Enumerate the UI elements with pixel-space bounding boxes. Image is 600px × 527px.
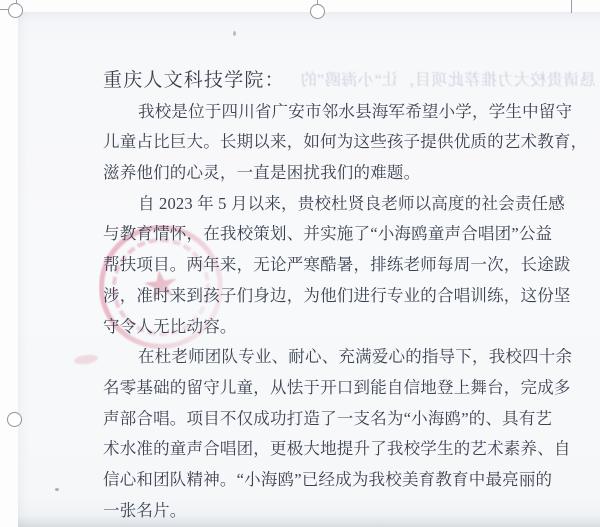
letter-line: 儿童占比巨大。长期以来，如何为这些孩子提供优质的艺术教育， xyxy=(103,127,533,158)
selection-stem-left xyxy=(0,9,8,10)
letter-line: 重庆人文科技学院： xyxy=(103,66,533,97)
letter-line: 声部合唱。项目不仅成功打造了一支名为“小海鸥”的、具有艺 xyxy=(103,404,533,435)
letter-line: 一张名片。 xyxy=(103,496,533,527)
letter-line: 我校是位于四川省广安市邻水县海军希望小学，学生中留守 xyxy=(103,97,533,128)
letter-line: 帮扶项目。两年来，无论严寒酷暑，排练老师每周一次，长途跋 xyxy=(103,250,533,281)
scan-speck xyxy=(233,31,236,36)
scan-speck xyxy=(55,488,59,491)
letter-line: 信心和团队精神。“小海鸥”已经成为我校美育教育中最亮丽的 xyxy=(103,465,533,496)
letter-line: 滋养他们的心灵，一直是困扰我们的难题。 xyxy=(103,158,533,189)
selection-stem-top-right xyxy=(571,0,572,13)
letter-line: 自 2023 年 5 月以来，贵校杜贤良老师以高度的社会责任感 xyxy=(103,189,533,220)
letter-line: 术水准的童声合唱团，更极大地提升了我校学生的艺术素养、自 xyxy=(103,434,533,465)
letter-line: 名零基础的留守儿童，从怯于开口到能自信地登上舞台，完成多 xyxy=(103,373,533,404)
scanned-letter-screenshot: 恳请贵校大力推荐此项目，让“小海鸥”的 ★ 重庆人文科技学院：我校是位于四川省广… xyxy=(0,0,600,527)
letter-body: 重庆人文科技学院：我校是位于四川省广安市邻水县海军希望小学，学生中留守儿童占比巨… xyxy=(103,66,533,526)
letter-line: 与教育情怀，在我校策划、并实施了“小海鸥童声合唱团”公益 xyxy=(103,219,533,250)
letter-line: 涉，准时来到孩子们身边，为他们进行专业的合唱训练，这份坚 xyxy=(103,281,533,312)
letter-line: 守令人无比动容。 xyxy=(103,312,533,343)
letter-line: 在杜老师团队专业、耐心、充满爱心的指导下，我校四十余 xyxy=(103,342,533,373)
selection-handle-top-center[interactable] xyxy=(310,4,325,19)
selection-handle-top-left[interactable] xyxy=(8,3,23,18)
selection-handle-left-middle[interactable] xyxy=(7,412,22,427)
